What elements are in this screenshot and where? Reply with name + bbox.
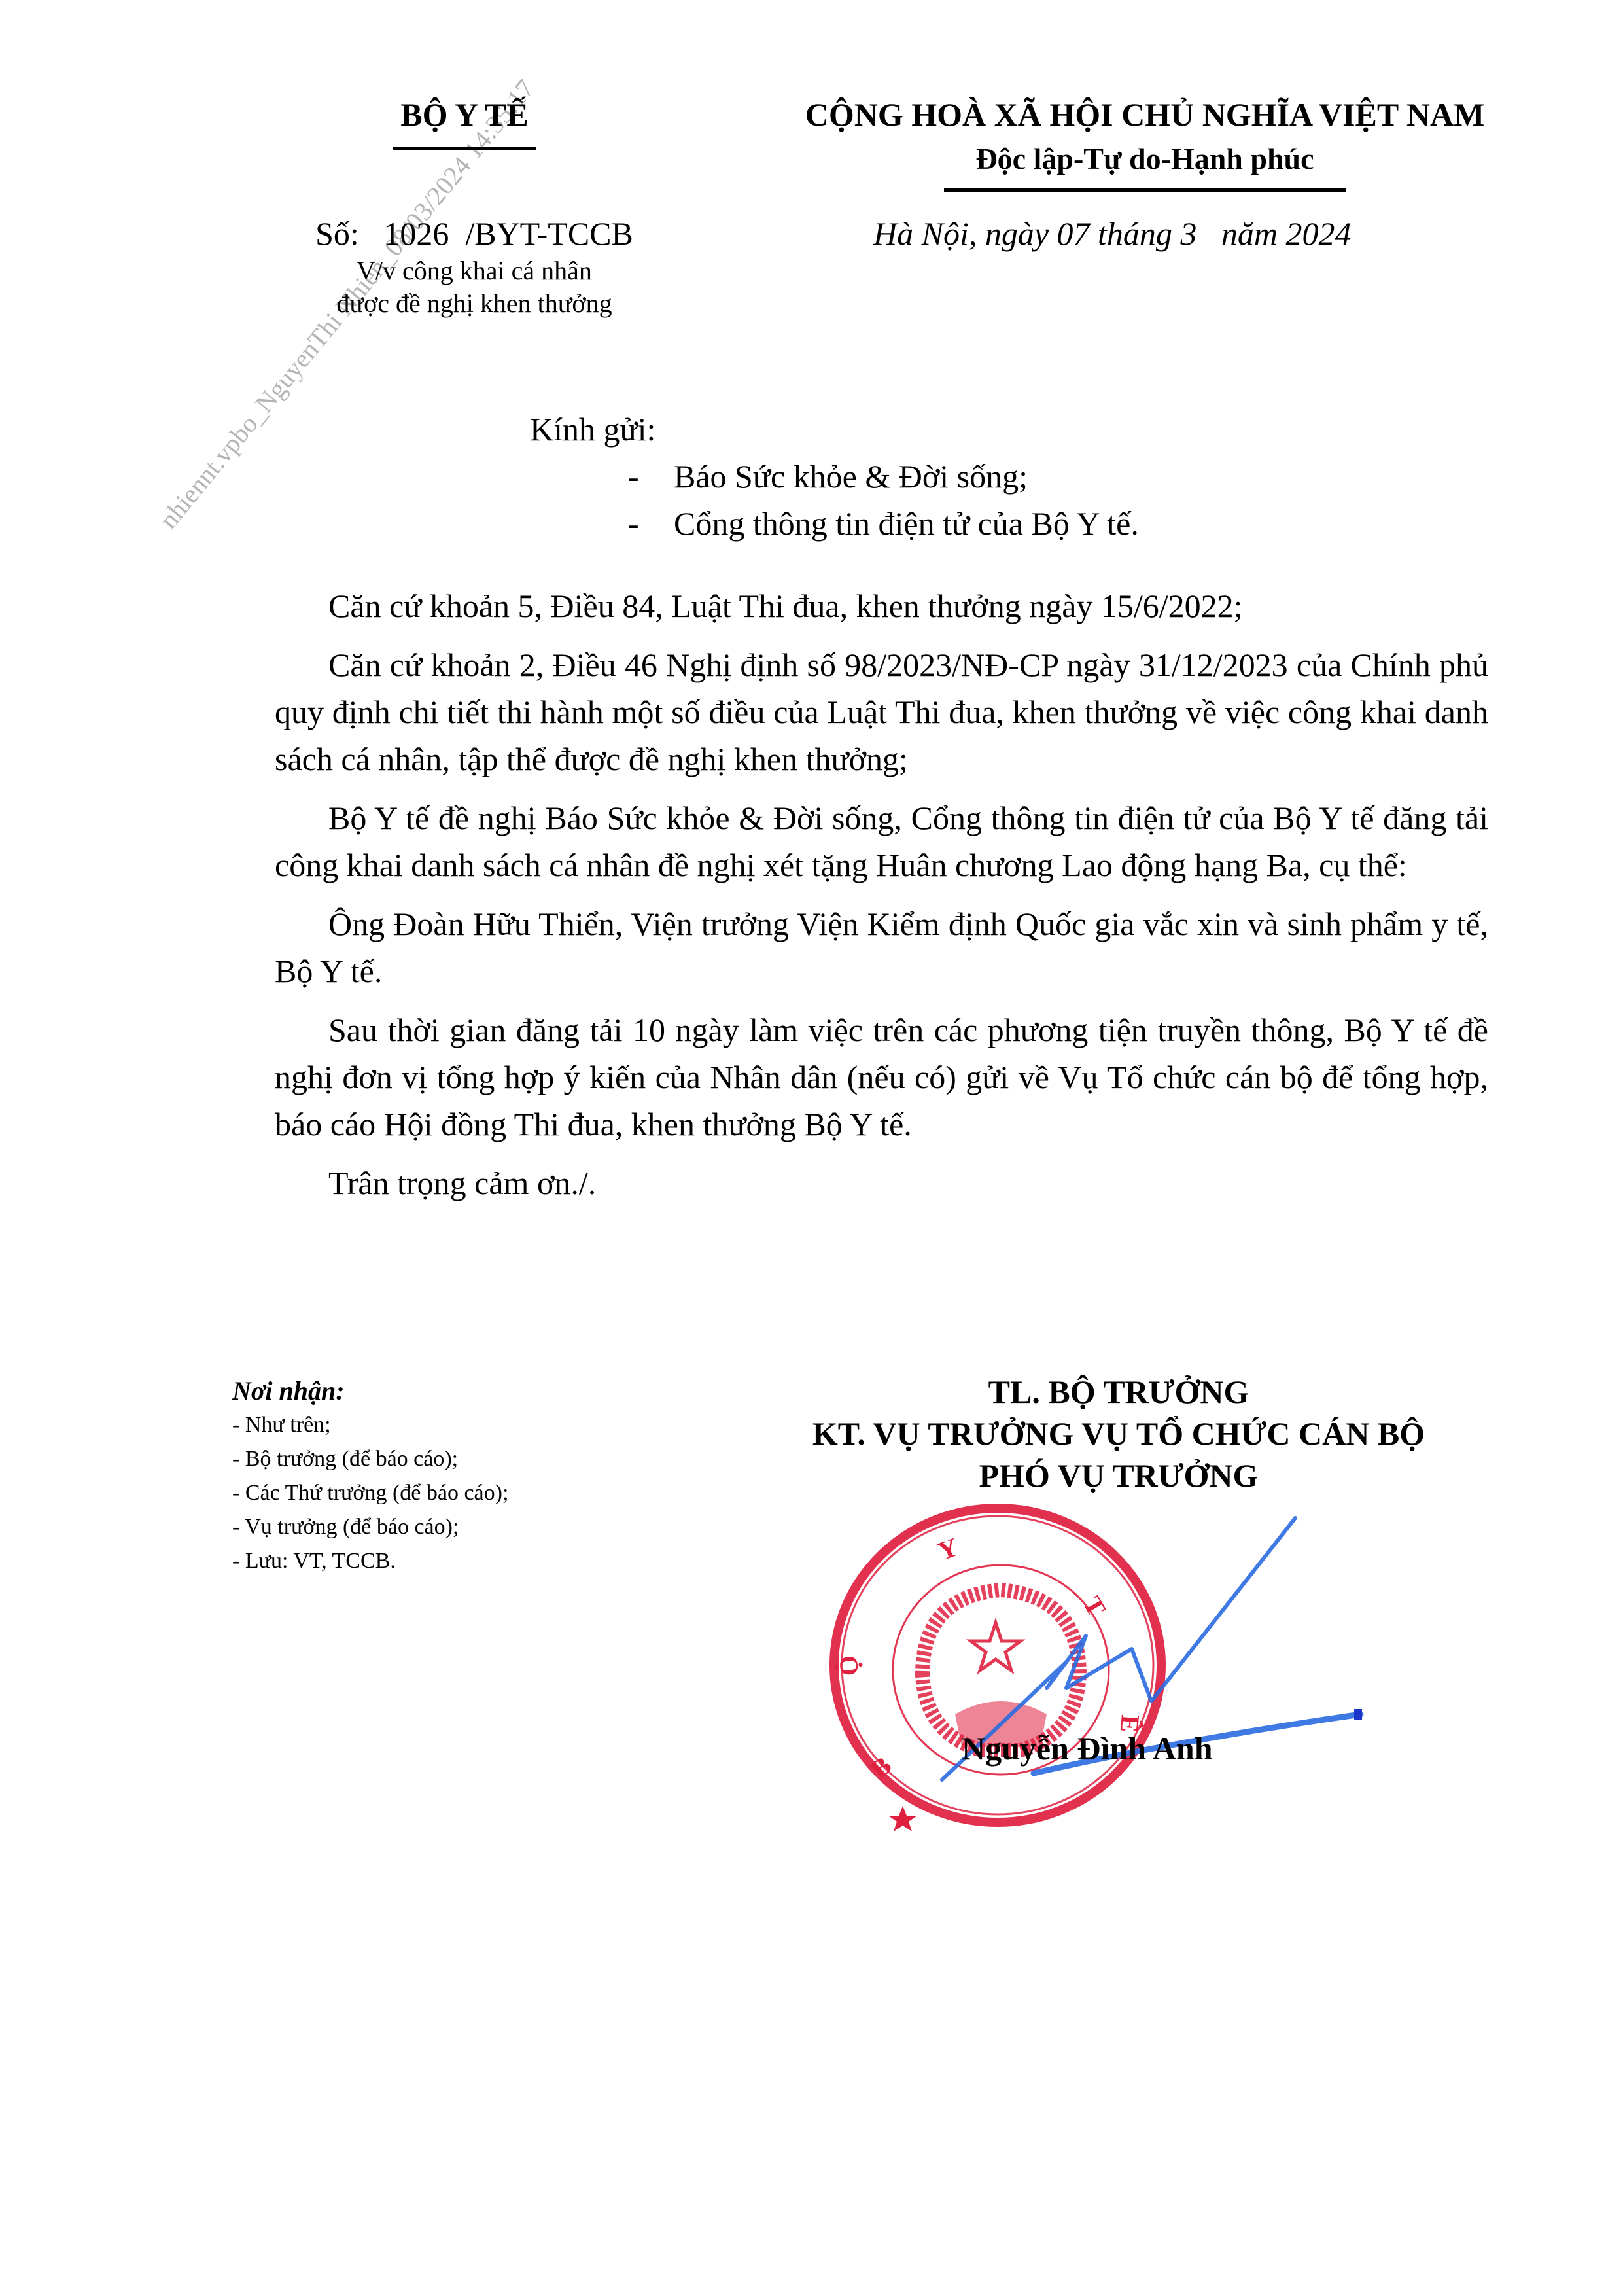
- signature-title-line: KT. VỤ TRƯỞNG VỤ TỔ CHỨC CÁN BỘ: [726, 1413, 1511, 1455]
- document-subject: V/v công khai cá nhân được đề nghị khen …: [275, 255, 674, 320]
- nation-motto: Độc lập-Tự do-Hạnh phúc: [720, 137, 1570, 181]
- recipients-block: Nơi nhận: - Như trên; - Bộ trưởng (để bá…: [232, 1374, 508, 1578]
- issuing-organization: BỘ Y TẾ: [281, 92, 648, 150]
- recipient-item: - Như trên;: [232, 1408, 508, 1442]
- document-number-block: Số: 1026 /BYT-TCCB V/v công khai cá nhân…: [275, 213, 674, 320]
- body-paragraph: Căn cứ khoản 5, Điều 84, Luật Thi đua, k…: [275, 582, 1488, 629]
- national-header: CỘNG HOÀ XÃ HỘI CHỦ NGHĨA VIỆT NAM Độc l…: [720, 92, 1570, 192]
- subject-line: V/v công khai cá nhân: [275, 255, 674, 287]
- document-number-line: Số: 1026 /BYT-TCCB: [275, 213, 674, 255]
- signature-block: TL. BỘ TRƯỞNG KT. VỤ TRƯỞNG VỤ TỔ CHỨC C…: [726, 1371, 1511, 1496]
- organization-name: BỘ Y TẾ: [281, 92, 648, 137]
- body-paragraph: Sau thời gian đăng tải 10 ngày làm việc …: [275, 1006, 1488, 1148]
- addressees-label: Kính gửi:: [530, 406, 1139, 453]
- body-paragraph: Bộ Y tế đề nghị Báo Sức khỏe & Đời sống,…: [275, 794, 1488, 889]
- recipient-item: - Bộ trưởng (để báo cáo);: [232, 1442, 508, 1476]
- addressee-item: - Cổng thông tin điện tử của Bộ Y tế.: [530, 500, 1139, 547]
- body-paragraph: Trân trọng cảm ơn./.: [275, 1159, 1488, 1207]
- bullet-dash: -: [628, 500, 674, 547]
- body-paragraph: Ông Đoàn Hữu Thiển, Viện trưởng Viện Kiể…: [275, 900, 1488, 995]
- recipient-item: - Vụ trưởng (để báo cáo);: [232, 1510, 508, 1544]
- addressee-text: Cổng thông tin điện tử của Bộ Y tế.: [674, 500, 1139, 547]
- subject-line: được đề nghị khen thưởng: [275, 287, 674, 320]
- addressees-block: Kính gửi: - Báo Sức khỏe & Đời sống; - C…: [530, 406, 1139, 547]
- document-code: /BYT-TCCB: [465, 215, 633, 252]
- signature-title-line: TL. BỘ TRƯỞNG: [726, 1371, 1511, 1413]
- addressee-item: - Báo Sức khỏe & Đời sống;: [530, 453, 1139, 500]
- motto-underline: [944, 188, 1346, 192]
- organization-underline: [393, 147, 536, 150]
- body-paragraph: Căn cứ khoản 2, Điều 46 Nghị định số 98/…: [275, 641, 1488, 783]
- document-number: 1026: [383, 215, 449, 252]
- document-number-label: Số:: [315, 215, 359, 252]
- nation-title: CỘNG HOÀ XÃ HỘI CHỦ NGHĨA VIỆT NAM: [720, 92, 1570, 137]
- recipient-item: - Các Thứ trưởng (để báo cáo);: [232, 1476, 508, 1510]
- signer-name: Nguyễn Đình Anh: [962, 1727, 1213, 1769]
- place-date: Hà Nội, ngày 07 tháng 3 năm 2024: [873, 213, 1352, 255]
- letter-body: Căn cứ khoản 5, Điều 84, Luật Thi đua, k…: [275, 582, 1488, 1218]
- bullet-dash: -: [628, 453, 674, 500]
- recipient-item: - Lưu: VT, TCCB.: [232, 1544, 508, 1578]
- recipients-title: Nơi nhận:: [232, 1374, 508, 1408]
- signature-title-line: PHÓ VỤ TRƯỞNG: [726, 1455, 1511, 1496]
- addressee-text: Báo Sức khỏe & Đời sống;: [674, 453, 1028, 500]
